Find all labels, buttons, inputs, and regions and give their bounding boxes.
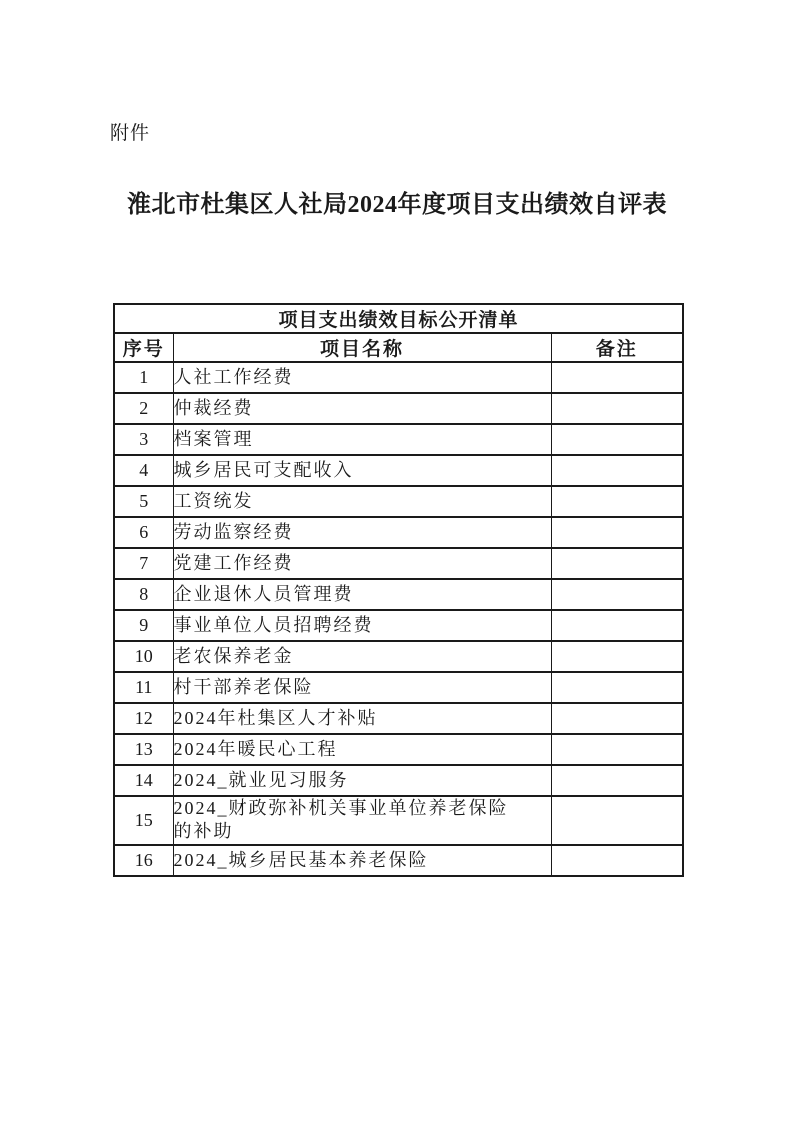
table-row: 6 劳动监察经费 (114, 517, 683, 548)
row-number-cell: 13 (114, 734, 173, 765)
remark-cell (551, 734, 683, 765)
row-number-cell: 8 (114, 579, 173, 610)
project-name-cell: 村干部养老保险 (173, 672, 551, 703)
table-row: 2 仲裁经费 (114, 393, 683, 424)
attachment-label: 附件 (110, 118, 150, 145)
table-row: 13 2024年暖民心工程 (114, 734, 683, 765)
remark-cell (551, 579, 683, 610)
row-number-cell: 16 (114, 845, 173, 876)
row-number-cell: 5 (114, 486, 173, 517)
remark-cell (551, 672, 683, 703)
project-name-cell: 城乡居民可支配收入 (173, 455, 551, 486)
row-number-cell: 9 (114, 610, 173, 641)
project-name-cell: 2024年暖民心工程 (173, 734, 551, 765)
table-body: 1 人社工作经费 2 仲裁经费 3 档案管理 4 城乡居民可支配收入 5 工资统… (114, 362, 683, 876)
project-name-cell: 2024_就业见习服务 (173, 765, 551, 796)
document-title: 淮北市杜集区人社局2024年度项目支出绩效自评表 (0, 184, 794, 219)
table-row: 10 老农保养老金 (114, 641, 683, 672)
project-name-cell: 2024年杜集区人才补贴 (173, 703, 551, 734)
table-row: 11 村干部养老保险 (114, 672, 683, 703)
table-row: 7 党建工作经费 (114, 548, 683, 579)
row-number-cell: 2 (114, 393, 173, 424)
project-name-cell: 老农保养老金 (173, 641, 551, 672)
row-number-cell: 4 (114, 455, 173, 486)
table-row: 12 2024年杜集区人才补贴 (114, 703, 683, 734)
remark-cell (551, 424, 683, 455)
remark-cell (551, 393, 683, 424)
remark-cell (551, 610, 683, 641)
table-header-row: 序号 项目名称 备注 (114, 333, 683, 362)
remark-cell (551, 703, 683, 734)
project-name-cell: 档案管理 (173, 424, 551, 455)
table-row: 9 事业单位人员招聘经费 (114, 610, 683, 641)
table-caption: 项目支出绩效目标公开清单 (114, 304, 683, 333)
remark-cell (551, 455, 683, 486)
remark-cell (551, 548, 683, 579)
project-name-cell: 仲裁经费 (173, 393, 551, 424)
project-name-cell: 党建工作经费 (173, 548, 551, 579)
project-name-cell: 劳动监察经费 (173, 517, 551, 548)
row-number-cell: 10 (114, 641, 173, 672)
table-row: 5 工资统发 (114, 486, 683, 517)
row-number-cell: 7 (114, 548, 173, 579)
table-row: 4 城乡居民可支配收入 (114, 455, 683, 486)
remark-cell (551, 641, 683, 672)
remark-cell (551, 845, 683, 876)
project-name-cell: 2024_财政弥补机关事业单位养老保险 的补助 (173, 796, 551, 845)
column-header-no: 序号 (114, 333, 173, 362)
row-number-cell: 12 (114, 703, 173, 734)
project-name-cell: 事业单位人员招聘经费 (173, 610, 551, 641)
table-row: 16 2024_城乡居民基本养老保险 (114, 845, 683, 876)
project-name-cell: 2024_城乡居民基本养老保险 (173, 845, 551, 876)
row-number-cell: 1 (114, 362, 173, 393)
row-number-cell: 3 (114, 424, 173, 455)
table-row: 14 2024_就业见习服务 (114, 765, 683, 796)
row-number-cell: 14 (114, 765, 173, 796)
table-row: 8 企业退休人员管理费 (114, 579, 683, 610)
performance-table: 项目支出绩效目标公开清单 序号 项目名称 备注 1 人社工作经费 2 仲裁经费 … (113, 303, 684, 877)
row-number-cell: 15 (114, 796, 173, 845)
row-number-cell: 11 (114, 672, 173, 703)
column-header-remark: 备注 (551, 333, 683, 362)
project-name-cell: 工资统发 (173, 486, 551, 517)
remark-cell (551, 486, 683, 517)
remark-cell (551, 362, 683, 393)
table-head: 项目支出绩效目标公开清单 序号 项目名称 备注 (114, 304, 683, 362)
table-caption-row: 项目支出绩效目标公开清单 (114, 304, 683, 333)
table-row: 3 档案管理 (114, 424, 683, 455)
table-row: 15 2024_财政弥补机关事业单位养老保险 的补助 (114, 796, 683, 845)
remark-cell (551, 796, 683, 845)
remark-cell (551, 517, 683, 548)
table-row: 1 人社工作经费 (114, 362, 683, 393)
column-header-project-name: 项目名称 (173, 333, 551, 362)
document-page: 附件 淮北市杜集区人社局2024年度项目支出绩效自评表 项目支出绩效目标公开清单… (0, 0, 794, 1122)
remark-cell (551, 765, 683, 796)
project-name-cell: 企业退休人员管理费 (173, 579, 551, 610)
project-name-cell: 人社工作经费 (173, 362, 551, 393)
row-number-cell: 6 (114, 517, 173, 548)
